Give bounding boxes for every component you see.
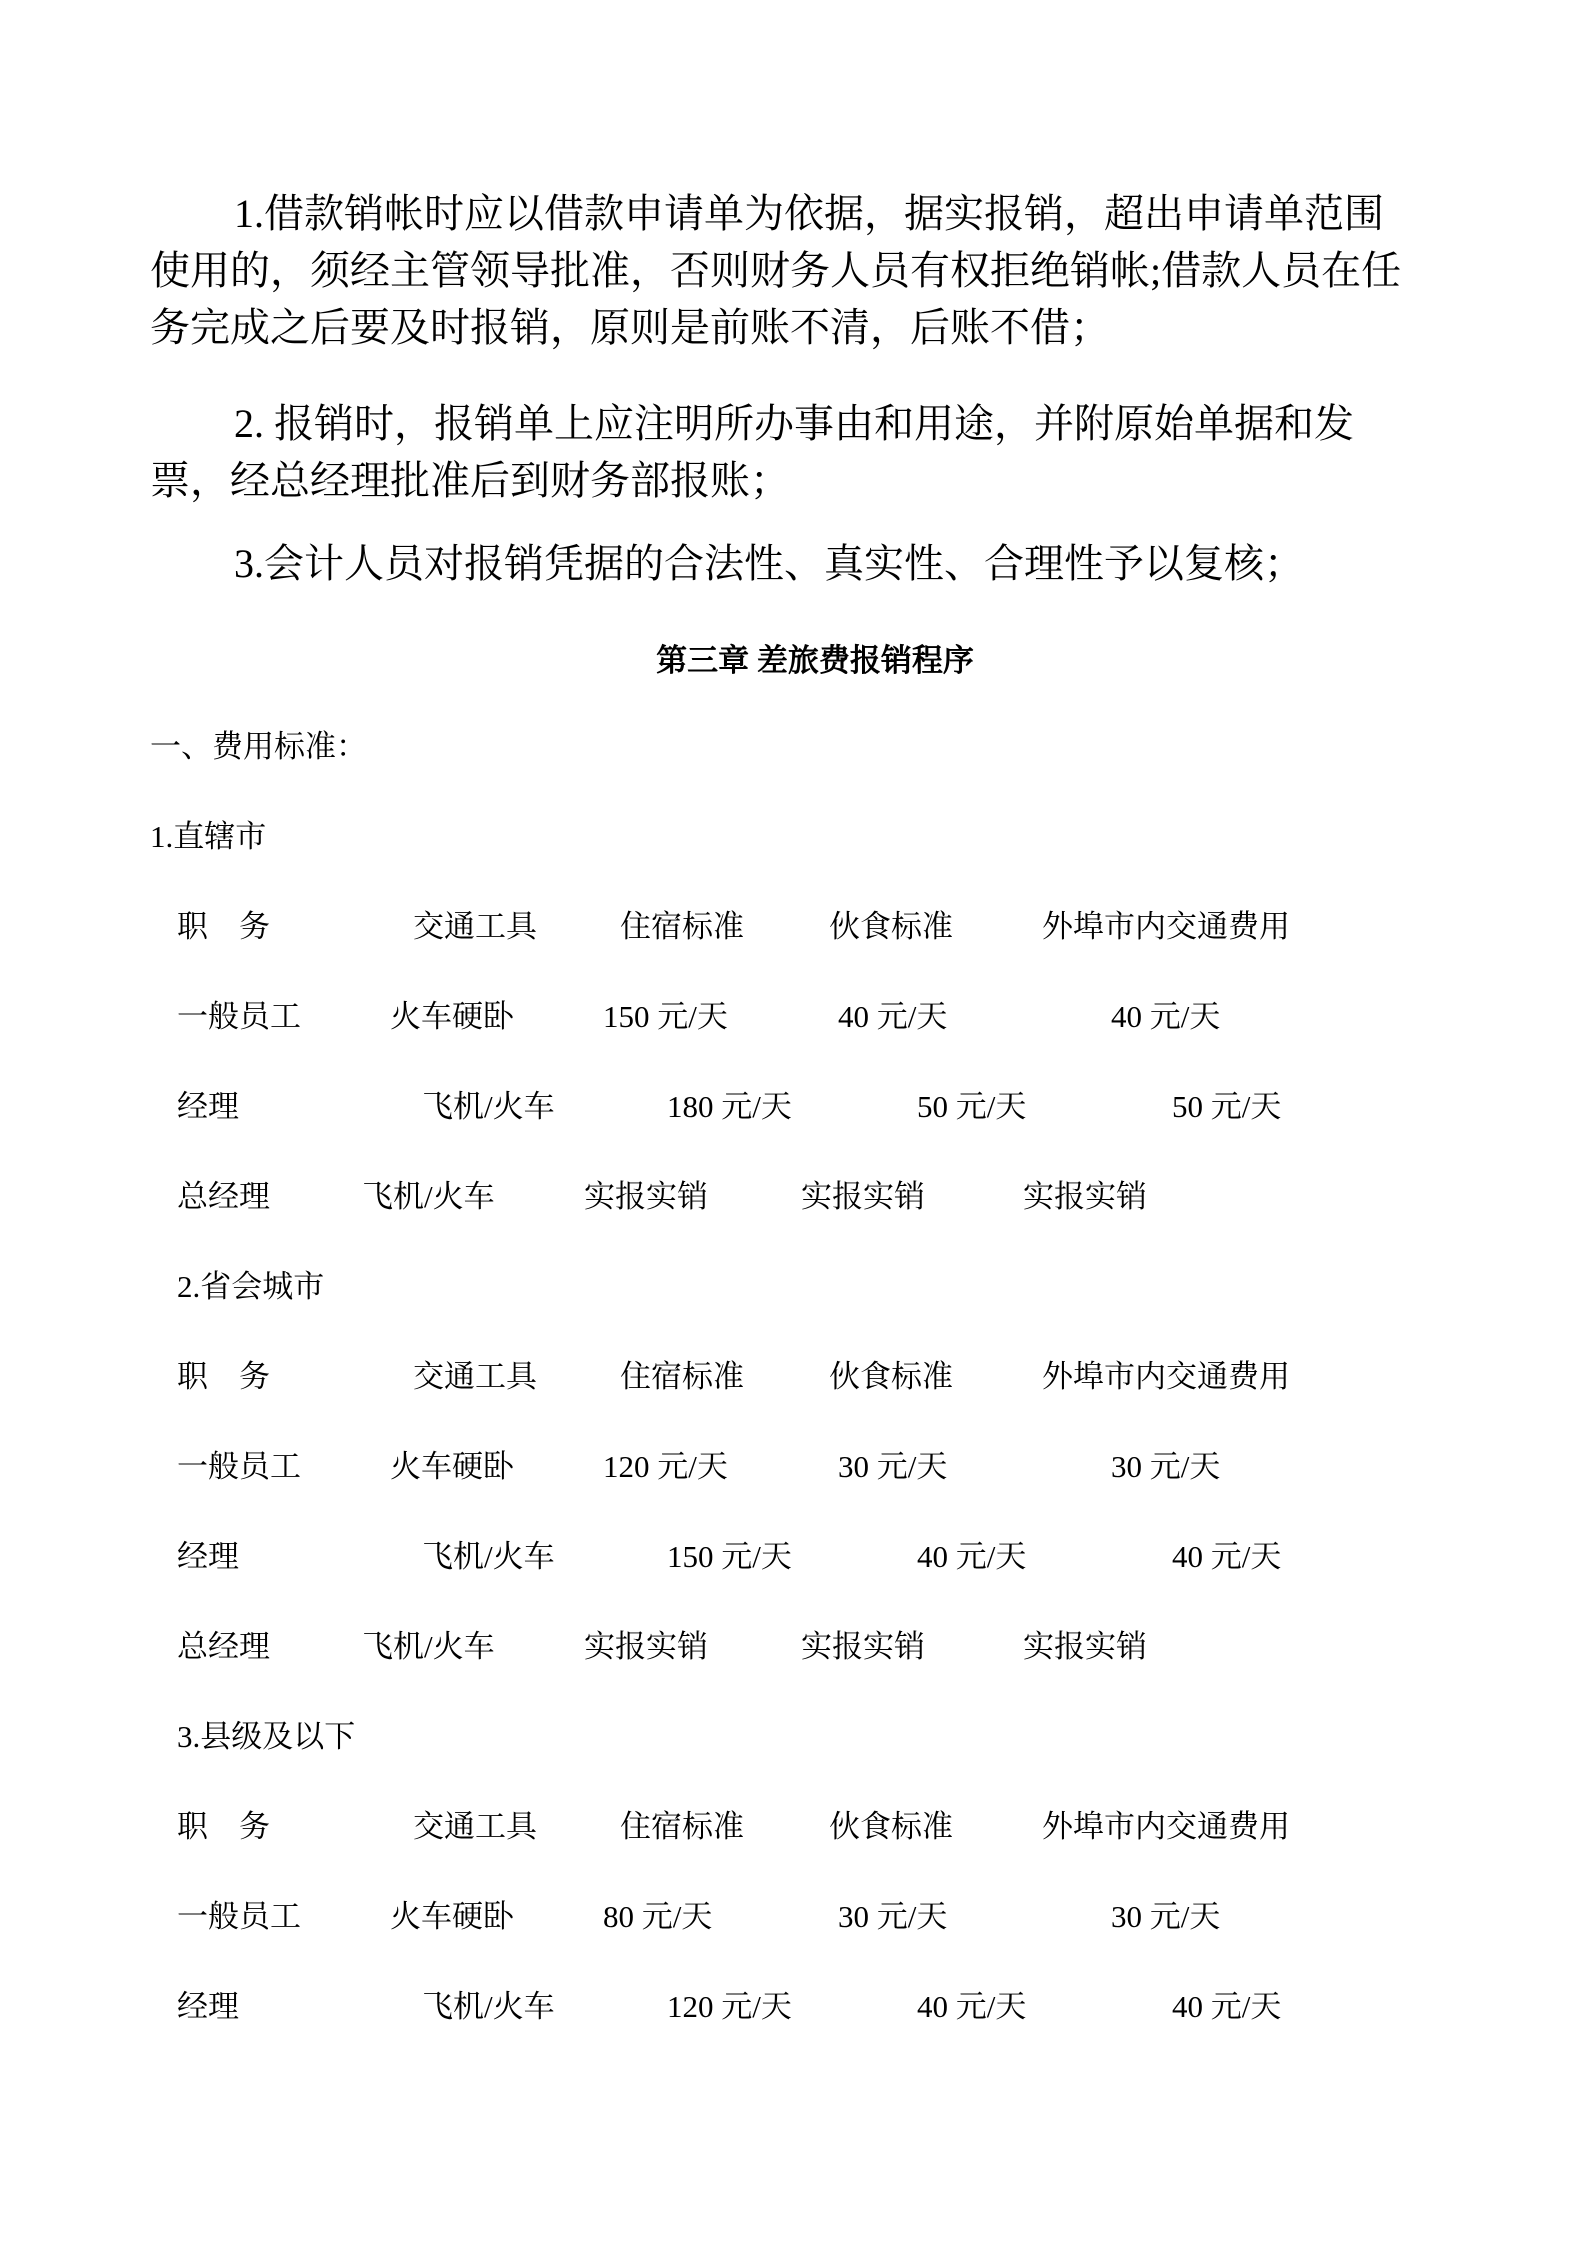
table-cell: 150 元/天 bbox=[603, 972, 728, 1062]
document-page: 1.借款销帐时应以借款申请单为依据，据实报销，超出申请单范围 使用的，须经主管领… bbox=[0, 0, 1587, 2245]
table-cell: 总经理 bbox=[177, 1602, 270, 1692]
table-cell: 一般员工 bbox=[177, 1422, 301, 1512]
table-cell: 总经理 bbox=[177, 1152, 270, 1242]
table-row: 一般员工 火车硬卧 120 元/天 30 元/天 30 元/天 bbox=[150, 1422, 1480, 1512]
table-cell: 40 元/天 bbox=[917, 1512, 1026, 1602]
table-cell: 经理 bbox=[177, 1962, 239, 2052]
table-cell: 实报实销 bbox=[1023, 1602, 1147, 1692]
table-cell: 50 元/天 bbox=[917, 1062, 1026, 1152]
column-header-lodging: 住宿标准 bbox=[620, 1782, 744, 1872]
table-3-header-row: 职 务 交通工具 住宿标准 伙食标准 外埠市内交通费用 bbox=[150, 1782, 1480, 1872]
paragraph-line: 务完成之后要及时报销，原则是前账不清，后账不借； bbox=[150, 299, 1480, 356]
column-header-local-transit: 外埠市内交通费用 bbox=[1042, 1332, 1290, 1422]
table-row: 经理 飞机/火车 180 元/天 50 元/天 50 元/天 bbox=[150, 1062, 1480, 1152]
column-header-transport: 交通工具 bbox=[413, 1332, 537, 1422]
column-header-lodging: 住宿标准 bbox=[620, 882, 744, 972]
table-row: 总经理 飞机/火车 实报实销 实报实销 实报实销 bbox=[150, 1602, 1480, 1692]
table-cell: 一般员工 bbox=[177, 1872, 301, 1962]
table-cell: 180 元/天 bbox=[667, 1062, 792, 1152]
table-cell: 飞机/火车 bbox=[422, 1062, 555, 1152]
table-3-label: 3.县级及以下 bbox=[150, 1692, 1480, 1782]
table-2-label: 2.省会城市 bbox=[150, 1242, 1480, 1332]
table-cell: 飞机/火车 bbox=[422, 1512, 555, 1602]
table-row: 一般员工 火车硬卧 80 元/天 30 元/天 30 元/天 bbox=[150, 1872, 1480, 1962]
table-cell: 150 元/天 bbox=[667, 1512, 792, 1602]
table-1-label: 1.直辖市 bbox=[150, 792, 1480, 882]
paragraph-line: 使用的，须经主管领导批准，否则财务人员有权拒绝销帐;借款人员在任 bbox=[150, 242, 1480, 299]
column-header-lodging: 住宿标准 bbox=[620, 1332, 744, 1422]
table-cell: 飞机/火车 bbox=[362, 1602, 495, 1692]
table-cell: 经理 bbox=[177, 1062, 239, 1152]
table-cell: 经理 bbox=[177, 1512, 239, 1602]
table-cell: 火车硬卧 bbox=[390, 972, 514, 1062]
table-cell: 50 元/天 bbox=[1172, 1062, 1281, 1152]
table-cell: 飞机/火车 bbox=[362, 1152, 495, 1242]
table-1-header-row: 职 务 交通工具 住宿标准 伙食标准 外埠市内交通费用 bbox=[150, 882, 1480, 972]
document-content: 1.借款销帐时应以借款申请单为依据，据实报销，超出申请单范围 使用的，须经主管领… bbox=[150, 185, 1480, 2052]
column-header-transport: 交通工具 bbox=[413, 882, 537, 972]
table-cell: 120 元/天 bbox=[667, 1962, 792, 2052]
table-row: 经理 飞机/火车 150 元/天 40 元/天 40 元/天 bbox=[150, 1512, 1480, 1602]
section-heading: 一、费用标准： bbox=[150, 702, 1480, 792]
paragraph-line: 2. 报销时，报销单上应注明所办事由和用途，并附原始单据和发 bbox=[150, 395, 1480, 452]
table-cell: 飞机/火车 bbox=[422, 1962, 555, 2052]
column-header-local-transit: 外埠市内交通费用 bbox=[1042, 882, 1290, 972]
table-cell: 30 元/天 bbox=[838, 1872, 947, 1962]
table-cell: 40 元/天 bbox=[1172, 1512, 1281, 1602]
table-cell: 40 元/天 bbox=[1172, 1962, 1281, 2052]
paragraph-line: 3.会计人员对报销凭据的合法性、真实性、合理性予以复核； bbox=[150, 535, 1480, 592]
column-header-transport: 交通工具 bbox=[413, 1782, 537, 1872]
table-cell: 实报实销 bbox=[1023, 1152, 1147, 1242]
table-2-header-row: 职 务 交通工具 住宿标准 伙食标准 外埠市内交通费用 bbox=[150, 1332, 1480, 1422]
column-header-position: 职 务 bbox=[177, 1332, 270, 1422]
column-header-position: 职 务 bbox=[177, 1782, 270, 1872]
table-cell: 30 元/天 bbox=[1111, 1872, 1220, 1962]
table-cell: 一般员工 bbox=[177, 972, 301, 1062]
table-row: 一般员工 火车硬卧 150 元/天 40 元/天 40 元/天 bbox=[150, 972, 1480, 1062]
paragraph-2: 2. 报销时，报销单上应注明所办事由和用途，并附原始单据和发 票，经总经理批准后… bbox=[150, 395, 1480, 509]
table-cell: 火车硬卧 bbox=[390, 1872, 514, 1962]
table-cell: 40 元/天 bbox=[917, 1962, 1026, 2052]
fee-standards-section: 一、费用标准： 1.直辖市 职 务 交通工具 住宿标准 伙食标准 外埠市内交通费… bbox=[150, 702, 1480, 2052]
column-header-local-transit: 外埠市内交通费用 bbox=[1042, 1782, 1290, 1872]
column-header-meals: 伙食标准 bbox=[829, 1332, 953, 1422]
column-header-meals: 伙食标准 bbox=[829, 882, 953, 972]
table-cell: 40 元/天 bbox=[1111, 972, 1220, 1062]
table-cell: 30 元/天 bbox=[838, 1422, 947, 1512]
table-cell: 实报实销 bbox=[801, 1602, 925, 1692]
table-cell: 30 元/天 bbox=[1111, 1422, 1220, 1512]
table-cell: 实报实销 bbox=[584, 1152, 708, 1242]
table-cell: 实报实销 bbox=[801, 1152, 925, 1242]
chapter-heading: 第三章 差旅费报销程序 bbox=[150, 637, 1480, 685]
column-header-position: 职 务 bbox=[177, 882, 270, 972]
paragraph-line: 1.借款销帐时应以借款申请单为依据，据实报销，超出申请单范围 bbox=[150, 185, 1480, 242]
paragraph-line: 票，经总经理批准后到财务部报账； bbox=[150, 452, 1480, 509]
table-row: 经理 飞机/火车 120 元/天 40 元/天 40 元/天 bbox=[150, 1962, 1480, 2052]
column-header-meals: 伙食标准 bbox=[829, 1782, 953, 1872]
paragraph-3: 3.会计人员对报销凭据的合法性、真实性、合理性予以复核； bbox=[150, 535, 1480, 592]
table-cell: 实报实销 bbox=[584, 1602, 708, 1692]
table-cell: 火车硬卧 bbox=[390, 1422, 514, 1512]
table-cell: 120 元/天 bbox=[603, 1422, 728, 1512]
paragraph-1: 1.借款销帐时应以借款申请单为依据，据实报销，超出申请单范围 使用的，须经主管领… bbox=[150, 185, 1480, 356]
table-cell: 40 元/天 bbox=[838, 972, 947, 1062]
table-row: 总经理 飞机/火车 实报实销 实报实销 实报实销 bbox=[150, 1152, 1480, 1242]
table-cell: 80 元/天 bbox=[603, 1872, 712, 1962]
